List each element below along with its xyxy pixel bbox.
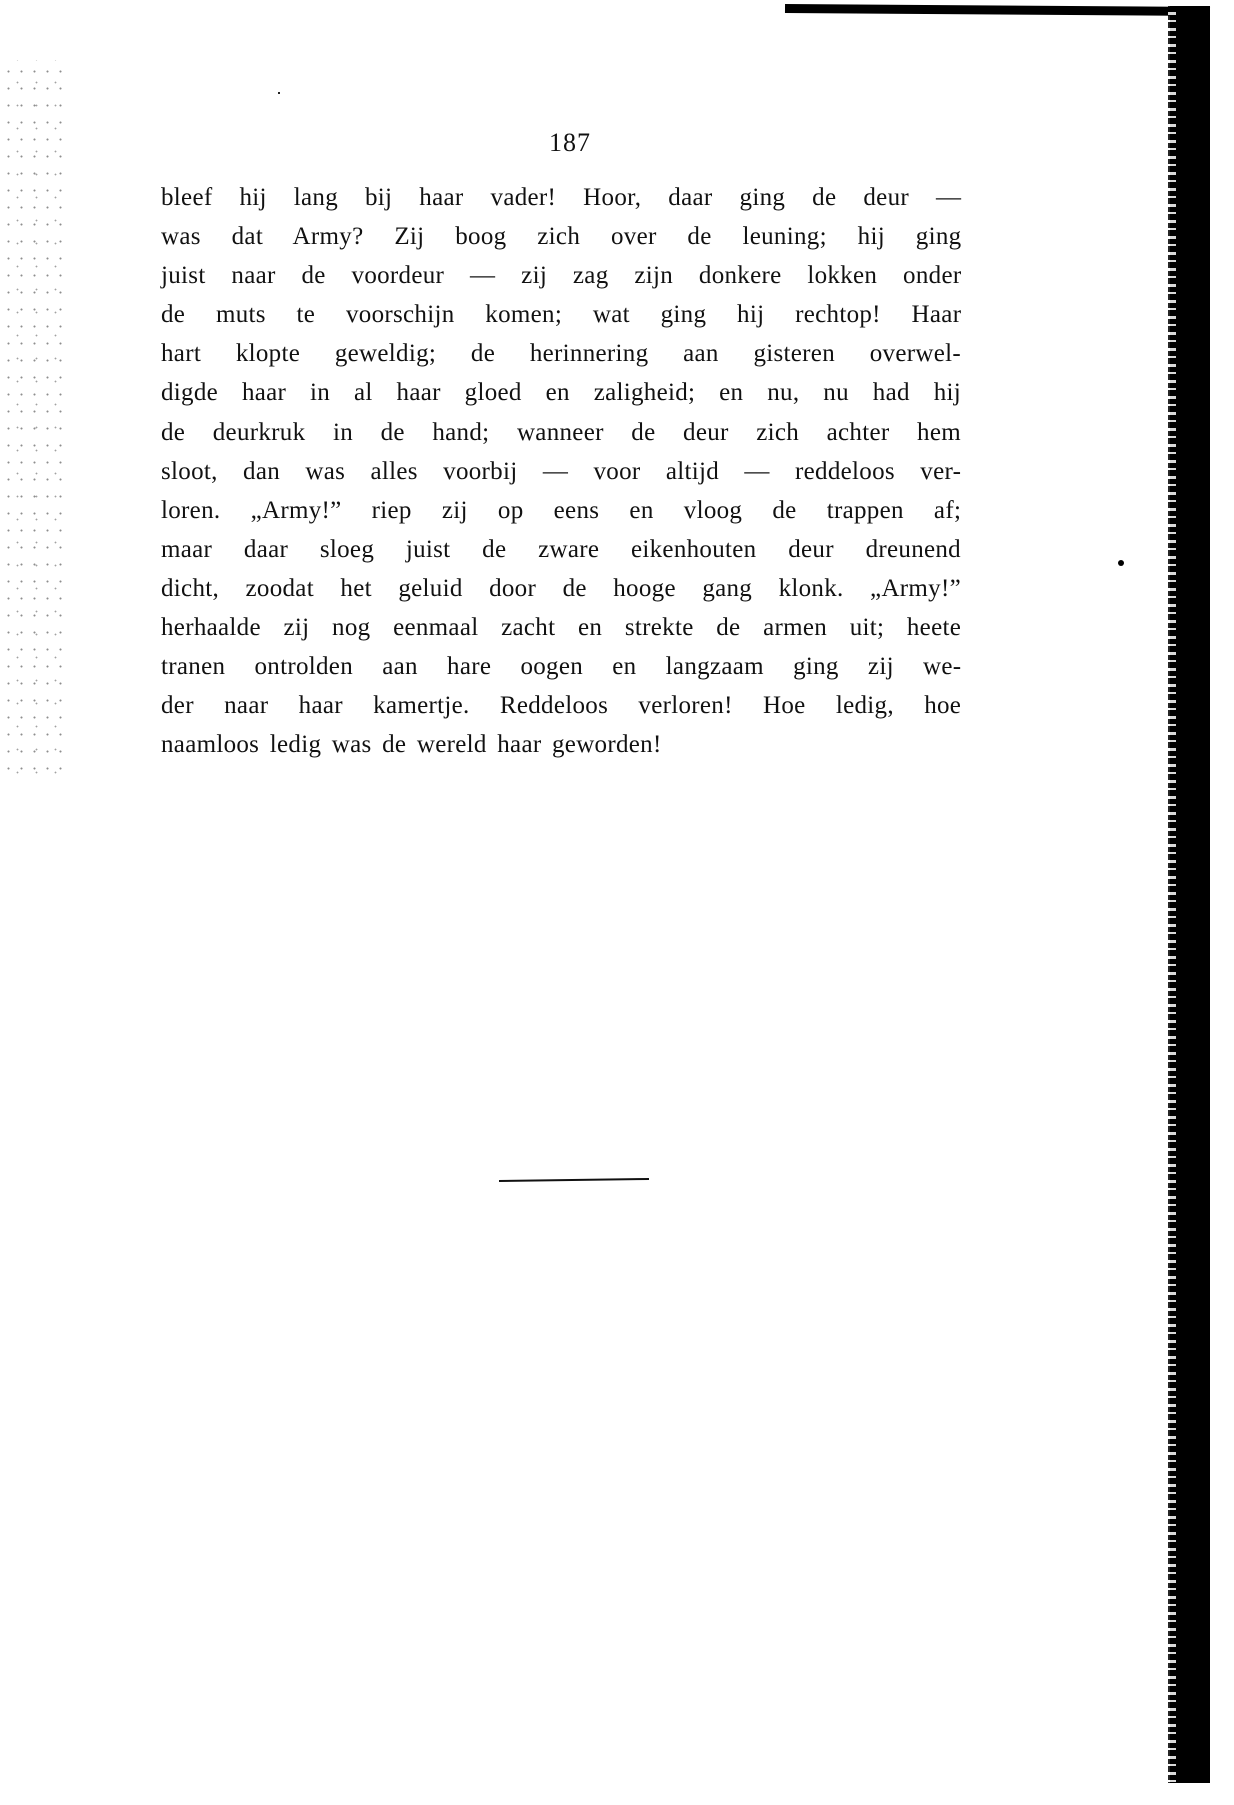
text-line: der naar haar kamertje. Reddeloos verlor… bbox=[161, 686, 961, 725]
text-line: bleef hij lang bij haar vader! Hoor, daa… bbox=[161, 178, 961, 217]
text-line: tranen ontrolden aan hare oogen en langz… bbox=[161, 647, 961, 686]
scan-speck bbox=[278, 92, 280, 94]
text-line: de muts te voorschijn komen; wat ging hi… bbox=[161, 295, 961, 334]
scan-right-border bbox=[1170, 6, 1210, 1783]
text-line: dicht, zoodat het geluid door de hooge g… bbox=[161, 569, 961, 608]
scan-top-border bbox=[785, 4, 1210, 16]
scan-right-border-edge bbox=[1168, 6, 1176, 1783]
text-line: loren. „Army!” riep zij op eens en vloog… bbox=[161, 491, 961, 530]
text-line: sloot, dan was alles voorbij — voor alti… bbox=[161, 452, 961, 491]
text-line: juist naar de voordeur — zij zag zijn do… bbox=[161, 256, 961, 295]
text-line: maar daar sloeg juist de zware eikenhout… bbox=[161, 530, 961, 569]
body-text: bleef hij lang bij haar vader! Hoor, daa… bbox=[161, 178, 961, 764]
text-line: herhaalde zij nog eenmaal zacht en strek… bbox=[161, 608, 961, 647]
scan-noise-left-edge bbox=[0, 60, 70, 780]
text-line: hart klopte geweldig; de herinnering aan… bbox=[161, 334, 961, 373]
text-line: de deurkruk in de hand; wanneer de deur … bbox=[161, 413, 961, 452]
page-number: 187 bbox=[0, 128, 1140, 158]
text-line: digde haar in al haar gloed en zaligheid… bbox=[161, 373, 961, 412]
section-divider bbox=[499, 1178, 649, 1182]
text-line: was dat Army? Zij boog zich over de leun… bbox=[161, 217, 961, 256]
text-line-last: naamloos ledig was de wereld haar geword… bbox=[161, 725, 961, 764]
scan-dot bbox=[1118, 560, 1124, 566]
